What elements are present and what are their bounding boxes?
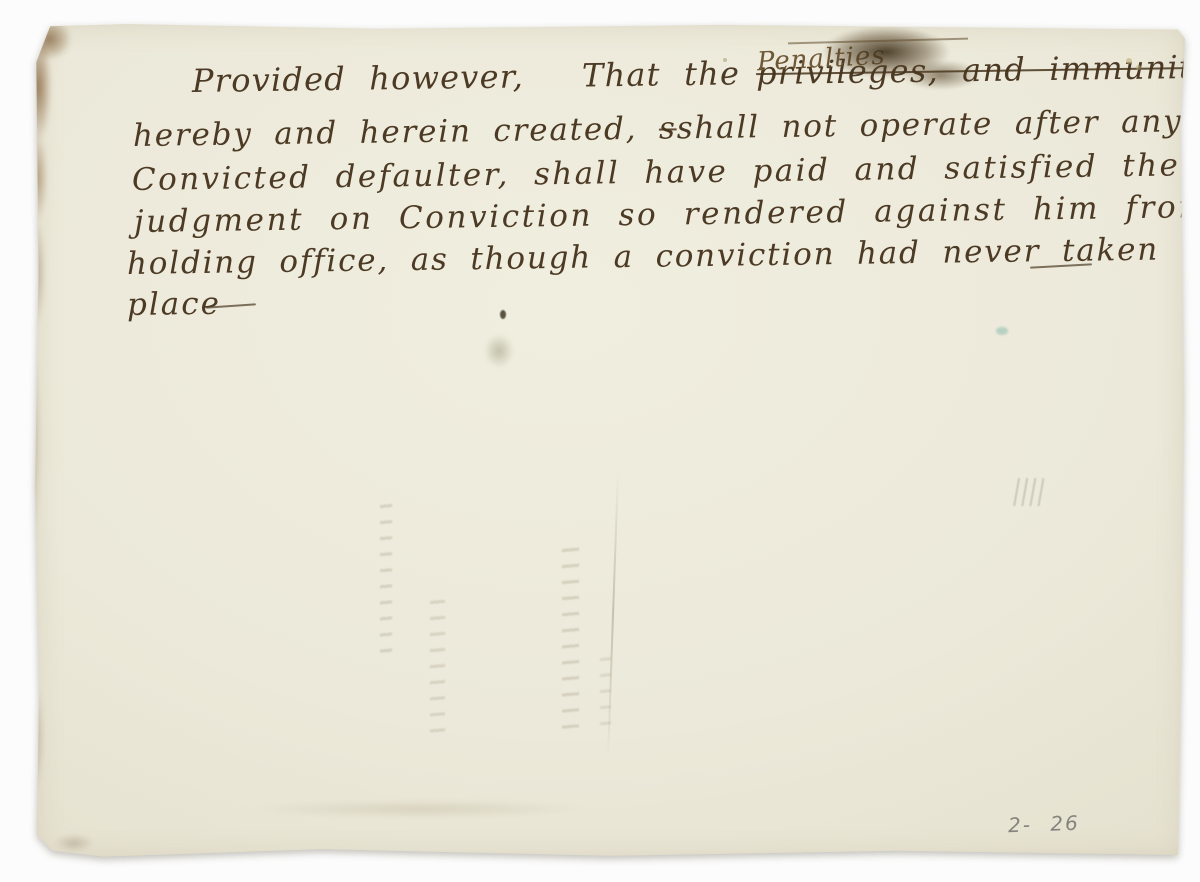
line1-that-the: That the bbox=[582, 54, 741, 94]
line5-text: holding office, as though a conviction h… bbox=[127, 232, 1159, 282]
manuscript-line-1: Provided however,That theprivileges, and… bbox=[192, 47, 1186, 100]
line1-text: Provided however, bbox=[192, 57, 525, 100]
edge-stain-left-5 bbox=[34, 682, 44, 792]
manuscript-paper: Provided however,That theprivileges, and… bbox=[34, 22, 1186, 860]
edge-stain-left-4 bbox=[34, 352, 42, 532]
line3-text: Convicted defaulter, shall have paid and… bbox=[132, 147, 1181, 198]
edge-stain-left-1 bbox=[34, 32, 52, 142]
line2-text: hereby and herein created, bbox=[133, 111, 659, 154]
ghost-marks-column-4 bbox=[600, 645, 611, 730]
ink-dot bbox=[500, 310, 506, 319]
ghost-marks-column-1 bbox=[380, 492, 392, 662]
line2-struck-letter: s bbox=[659, 110, 677, 146]
manuscript-line-3: Convicted defaulter, shall have paid and… bbox=[132, 147, 1181, 198]
manuscript-line-2: hereby and herein created, sshall not op… bbox=[133, 102, 1186, 154]
ink-blot-secondary bbox=[902, 60, 980, 90]
teal-speck bbox=[996, 327, 1008, 335]
edge-stain-bottom-left bbox=[54, 834, 94, 852]
ink-smudge bbox=[484, 334, 514, 368]
edge-stain-left-2 bbox=[34, 132, 48, 222]
line6-text: place bbox=[127, 286, 221, 323]
manuscript-line-5: holding office, as though a conviction h… bbox=[127, 232, 1159, 282]
pencil-hatch-marks bbox=[1012, 478, 1044, 506]
line4-text: judgment on Conviction so rendered again… bbox=[134, 189, 1186, 240]
edge-stain-top-left bbox=[34, 22, 72, 60]
scan-background: Provided however,That theprivileges, and… bbox=[0, 0, 1200, 882]
bleedthrough-smudge bbox=[255, 800, 585, 818]
ghost-marks-column-2 bbox=[430, 588, 445, 738]
line2-text-b: shall not operate after any bbox=[676, 103, 1186, 146]
manuscript-line-6: place bbox=[127, 286, 221, 323]
paper-crease-line bbox=[607, 470, 619, 760]
ghost-marks-column-3 bbox=[562, 536, 579, 736]
edge-stain-left-3 bbox=[34, 217, 46, 327]
paper-shadow: Provided however,That theprivileges, and… bbox=[0, 0, 1200, 882]
pencil-page-number: 2- 26 bbox=[1008, 811, 1081, 837]
manuscript-line-4: judgment on Conviction so rendered again… bbox=[134, 189, 1186, 240]
